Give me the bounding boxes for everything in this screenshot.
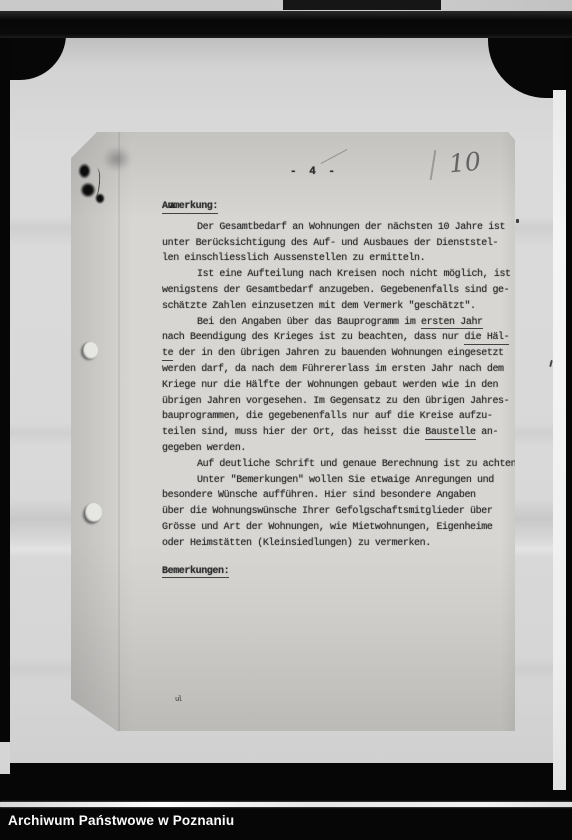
typed-paragraph: Der Gesamtbedarf an Wohnungen der nächst… [162, 220, 532, 267]
page-fold-line [118, 132, 120, 731]
typed-line: gegeben werden. [162, 441, 532, 457]
typed-line: nach Beendigung des Krieges ist zu beach… [162, 330, 532, 346]
archive-watermark-label: Archiwum Państwowe w Poznaniu [8, 813, 234, 828]
typed-text: an- [476, 427, 498, 438]
typed-text-underlined: te [162, 348, 173, 361]
typed-line: besondere Wünsche aufführen. Hier sind b… [162, 488, 532, 504]
handwritten-folio-number: 10 [448, 147, 482, 179]
typed-text: werden darf, da nach dem Führererlass im… [162, 364, 504, 375]
typed-line: übrigen Jahren vorgesehen. Im Gegensatz … [162, 394, 532, 410]
typed-line: te der in den übrigen Jahren zu bauenden… [162, 346, 532, 362]
typed-paragraph: Ist eine Aufteilung nach Kreisen noch ni… [162, 267, 532, 314]
typed-text: der in den übrigen Jahren zu bauenden Wo… [173, 348, 503, 359]
typed-line: teilen sind, muss hier der Ort, das heis… [162, 425, 532, 441]
typed-text-underlined: die Häl- [464, 332, 509, 345]
heading-bemerkungen: Bemerkungen: [162, 564, 532, 580]
film-edge-left-gap [0, 742, 10, 774]
typed-paragraph: Auf deutliche Schrift und genaue Berechn… [162, 457, 532, 473]
typed-paragraph: Unter "Bemerkungen" wollen Sie etwaige A… [162, 473, 532, 552]
film-top-black-band [0, 11, 572, 38]
typed-text-underlined: ersten Jahr [421, 317, 483, 330]
typed-line: Kriege nur die Hälfte der Wohnungen geba… [162, 378, 532, 394]
typed-text: unter Berücksichtigung des Auf- und Ausb… [162, 238, 498, 249]
typed-text: Kriege nur die Hälfte der Wohnungen geba… [162, 380, 498, 391]
film-edge-light-strip [553, 90, 566, 790]
microfilm-scan-viewer: - 4 - 10 ul Anmerkung: Der Gesamtbedarf … [0, 0, 572, 840]
typed-text: len einschliesslich Aussenstellen zu erm… [162, 253, 425, 264]
film-corner-mask-top-right [488, 38, 566, 98]
punch-hole [85, 503, 102, 522]
pencil-stroke [430, 150, 436, 180]
ink-smudge [97, 142, 137, 176]
heading-anmerkung: Anmerkung: [162, 199, 532, 215]
typed-line: Bei den Angaben über das Bauprogramm im … [162, 315, 532, 331]
typed-text: teilen sind, muss hier der Ort, das heis… [162, 427, 425, 438]
typed-line: schätzte Zahlen einzusetzen mit dem Verm… [162, 299, 532, 315]
film-corner-mask-top-left [10, 38, 66, 80]
typed-line: Ist eine Aufteilung nach Kreisen noch ni… [162, 267, 532, 283]
film-exposure-area: - 4 - 10 ul Anmerkung: Der Gesamtbedarf … [10, 38, 566, 763]
typed-line: wenigstens der Gesamtbedarf anzugeben. G… [162, 283, 532, 299]
ink-blot [78, 163, 91, 179]
typed-line: werden darf, da nach dem Führererlass im… [162, 362, 532, 378]
typed-text: Der Gesamtbedarf an Wohnungen der nächst… [197, 222, 505, 233]
typed-line: über die Wohnungswünsche Ihrer Gefolgsch… [162, 504, 532, 520]
typed-text: über die Wohnungswünsche Ihrer Gefolgsch… [162, 506, 492, 517]
typed-paragraph: Bei den Angaben über das Bauprogramm im … [162, 315, 532, 457]
typed-text: gegeben werden. [162, 443, 246, 454]
typed-line: Auf deutliche Schrift und genaue Berechn… [162, 457, 532, 473]
typed-text: wenigstens der Gesamtbedarf anzugeben. G… [162, 285, 509, 296]
small-bottom-mark: ul [175, 695, 181, 703]
typed-paragraphs: Der Gesamtbedarf an Wohnungen der nächst… [162, 220, 532, 552]
heading-bemerkungen-text: Bemerkungen: [162, 566, 229, 579]
typed-line: Der Gesamtbedarf an Wohnungen der nächst… [162, 220, 532, 236]
typed-text: Ist eine Aufteilung nach Kreisen noch ni… [197, 269, 511, 280]
pencil-scratch [321, 149, 348, 164]
typed-text: Bei den Angaben über das Bauprogramm im [197, 317, 421, 328]
film-top-strip [0, 0, 572, 11]
typed-text: besondere Wünsche aufführen. Hier sind b… [162, 490, 476, 501]
typed-text: übrigen Jahren vorgesehen. Im Gegensatz … [162, 396, 509, 407]
typed-line: oder Heimstätten (Kleinsiedlungen) zu ve… [162, 536, 532, 552]
typed-line: Unter "Bemerkungen" wollen Sie etwaige A… [162, 473, 532, 489]
typed-line: Grösse und Art der Wohnungen, wie Mietwo… [162, 520, 532, 536]
typed-line: len einschliesslich Aussenstellen zu erm… [162, 251, 532, 267]
film-top-strip-dark-segment [283, 0, 441, 10]
film-speck [516, 219, 519, 223]
typed-line: unter Berücksichtigung des Auf- und Ausb… [162, 236, 532, 252]
typed-text: Auf deutliche Schrift und genaue Berechn… [197, 459, 522, 470]
typed-text: Unter "Bemerkungen" wollen Sie etwaige A… [197, 475, 494, 486]
typewritten-text-block: Anmerkung: Der Gesamtbedarf an Wohnungen… [162, 199, 532, 579]
scanned-document-page: - 4 - 10 ul Anmerkung: Der Gesamtbedarf … [71, 132, 515, 731]
typed-text: Grösse und Art der Wohnungen, wie Mietwo… [162, 522, 492, 533]
typed-line: bauprogrammen, die gegebenenfalls nur au… [162, 409, 532, 425]
typed-text-underlined: Baustelle [425, 427, 475, 440]
footer-divider-line [0, 802, 572, 807]
typed-text: nach Beendigung des Krieges ist zu beach… [162, 332, 464, 343]
page-number: - 4 - [290, 166, 338, 178]
typed-text: bauprogrammen, die gegebenenfalls nur au… [162, 411, 492, 422]
typed-text: schätzte Zahlen einzusetzen mit dem Verm… [162, 301, 476, 312]
typed-text: oder Heimstätten (Kleinsiedlungen) zu ve… [162, 538, 431, 549]
heading-anmerkung-text: Anmerkung: [162, 201, 218, 214]
punch-hole [83, 342, 98, 359]
